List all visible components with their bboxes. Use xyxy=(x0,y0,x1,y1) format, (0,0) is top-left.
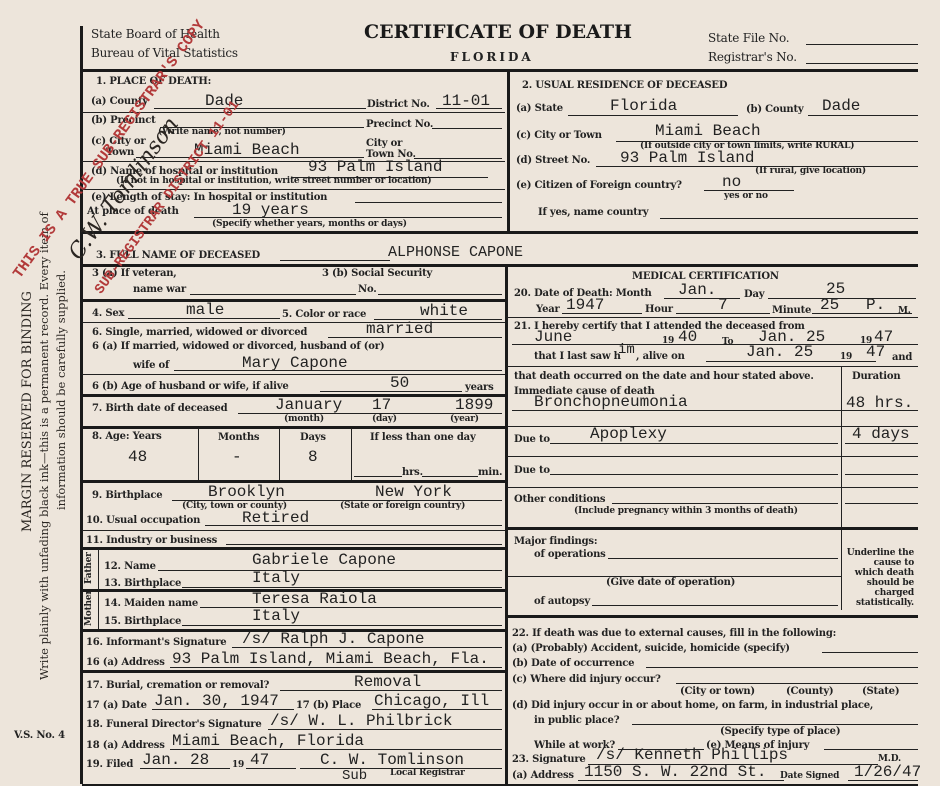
veteran-label-2: name war xyxy=(133,284,186,295)
days-label: Days xyxy=(300,432,326,443)
deceased-name: ALPHONSE CAPONE xyxy=(388,244,523,261)
spouse-age-label: 6 (b) Age of husband or wife, if alive xyxy=(92,381,289,392)
name-row-bottom xyxy=(82,264,918,267)
external-d-hint: (Specify type of place) xyxy=(720,726,840,737)
race-label: 5. Color or race xyxy=(282,309,366,320)
cell-divider xyxy=(351,428,352,480)
state-file-field[interactable] xyxy=(806,44,918,45)
birthplace-label: 9. Birthplace xyxy=(92,490,162,501)
county-hint: (County) xyxy=(786,686,833,697)
attend-to-label: To xyxy=(722,337,733,347)
certifier-signature-label: 23. Signature xyxy=(512,754,586,765)
attend-from: June xyxy=(534,328,572,346)
registrar-prefix: Sub xyxy=(342,768,367,784)
occupation-label: 10. Usual occupation xyxy=(86,515,200,526)
state-subtitle: FLORIDA xyxy=(450,50,534,64)
due-to-duration: 4 days xyxy=(852,425,910,443)
district-value: 11-01 xyxy=(442,92,490,110)
informant-address-label: 16 (a) Address xyxy=(86,657,165,668)
director-address: Miami Beach, Florida xyxy=(172,732,364,750)
stay-value: 19 years xyxy=(232,201,309,219)
res-street-hint: (If rural, give location) xyxy=(755,166,866,176)
filed-19: 19 xyxy=(232,760,244,770)
birthplace-state: New York xyxy=(375,483,452,501)
day-hint: (day) xyxy=(372,414,397,424)
form-number: V.S. No. 4 xyxy=(14,730,65,741)
cell-divider xyxy=(198,428,199,480)
filed-year-line xyxy=(246,768,296,769)
ssn-field[interactable] xyxy=(378,294,502,295)
mother-name: Teresa Raiola xyxy=(252,590,377,608)
means-field[interactable] xyxy=(824,749,918,750)
filed-year: 47 xyxy=(250,751,269,769)
hrs-label: hrs. xyxy=(402,467,423,478)
attend-from-19: 19 xyxy=(662,336,674,346)
row-divider xyxy=(82,374,505,375)
certifier-address-label: (a) Address xyxy=(512,770,574,781)
father-name: Gabriele Capone xyxy=(252,551,396,569)
res-state-line xyxy=(568,115,738,116)
ssn-label-1: 3 (b) Social Security xyxy=(322,268,432,279)
registrar-label: Local Registrar xyxy=(390,768,465,778)
spouse-label-2: wife of xyxy=(133,360,169,371)
other-duration-field[interactable] xyxy=(845,503,918,504)
stay-line-1 xyxy=(355,202,502,203)
stay-hint: (Specify whether years, months or days) xyxy=(212,219,407,229)
registrar-name: C. W. Tomlinson xyxy=(320,751,464,769)
other-conditions-field[interactable] xyxy=(612,503,838,504)
sex-label: 4. Sex xyxy=(92,308,124,319)
certifier-signature: /s/ Kenneth Phillips xyxy=(596,746,788,764)
dod-year: 1947 xyxy=(566,296,604,314)
spouse-value: Mary Capone xyxy=(242,354,348,372)
header-divider xyxy=(82,69,918,72)
dod-minute-label: Minute xyxy=(772,305,811,316)
father-name-line xyxy=(158,570,502,571)
veteran-field[interactable] xyxy=(190,294,356,295)
external-heading: 22. If death was due to external causes,… xyxy=(512,628,836,639)
other-conditions-label: Other conditions xyxy=(514,494,605,505)
director-label: 18. Funeral Director's Signature xyxy=(86,719,262,730)
res-citizen-label: (e) Citizen of Foreign country? xyxy=(516,180,682,191)
age-months-value: - xyxy=(232,448,242,466)
findings-label: Major findings: xyxy=(514,536,597,547)
father-birthplace-label: 13. Birthplace xyxy=(104,578,181,589)
due-to-value: Apoplexy xyxy=(590,425,667,443)
state-hint: (State) xyxy=(862,686,899,697)
dod-hour-label: Hour xyxy=(645,304,673,315)
birthplace-state-hint: (State or foreign country) xyxy=(340,501,465,511)
registrar-no-field[interactable] xyxy=(806,63,918,64)
operations-field[interactable] xyxy=(608,558,838,559)
mother-tag: Mother xyxy=(84,590,94,626)
burial-place-label: 17 (b) Place xyxy=(296,700,361,711)
residence-heading: 2. USUAL RESIDENCE OF DECEASED xyxy=(522,80,727,91)
year-hint: (year) xyxy=(450,414,479,424)
res-county-line xyxy=(808,115,918,116)
city-no-label-1: City or xyxy=(366,138,402,149)
immediate-duration: 48 hrs. xyxy=(846,394,913,412)
burial-date-label: 17 (a) Date xyxy=(86,700,147,711)
external-a-label: (a) (Probably) Accident, suicide, homici… xyxy=(512,643,790,654)
duration-column-divider xyxy=(841,366,842,610)
row-divider xyxy=(507,527,918,530)
autopsy-field[interactable] xyxy=(592,605,838,606)
occupation-value: Retired xyxy=(242,509,309,527)
row-divider xyxy=(507,317,918,318)
age-years-value: 48 xyxy=(128,448,147,466)
cell-divider xyxy=(279,428,280,480)
informant-address: 93 Palm Island, Miami Beach, Fla. xyxy=(172,650,489,668)
father-tag: Father xyxy=(84,552,94,584)
external-b-field[interactable] xyxy=(646,667,918,668)
birth-year: 1899 xyxy=(455,396,493,414)
operations-label: of operations xyxy=(534,549,606,560)
marital-value: married xyxy=(366,320,433,338)
row-divider xyxy=(82,670,505,673)
filed-date: Jan. 28 xyxy=(142,751,209,769)
spouse-age-unit: years xyxy=(465,382,494,393)
spouse-label-1: 6 (a) If married, widowed or divorced, h… xyxy=(92,341,384,352)
duration-label: Duration xyxy=(852,371,900,382)
burial-type-label: 17. Burial, cremation or removal? xyxy=(86,680,269,691)
hospital-hint: (If not in hospital or institution, writ… xyxy=(116,176,431,186)
race-value: white xyxy=(420,302,468,320)
industry-label: 11. Industry or business xyxy=(86,535,217,546)
last-19: 19 xyxy=(840,352,852,362)
city-hint: (City or town) xyxy=(680,686,755,697)
res-country-label: If yes, name country xyxy=(538,207,648,218)
margin-instructions-line1: Write plainly with unfading black ink—th… xyxy=(37,212,51,680)
external-a-field[interactable] xyxy=(822,652,918,653)
filed-label: 19. Filed xyxy=(86,759,133,770)
external-c-field[interactable] xyxy=(676,683,918,684)
last-saw-date: Jan. 25 xyxy=(746,343,813,361)
burial-type: Removal xyxy=(354,673,421,691)
res-county-value: Dade xyxy=(822,97,860,115)
mother-name-label: 14. Maiden name xyxy=(104,598,198,609)
director-signature: /s/ W. L. Philbrick xyxy=(270,712,452,730)
father-birthplace-line xyxy=(182,587,502,588)
sex-value: male xyxy=(186,301,224,319)
due-to2-label: Due to xyxy=(514,465,550,476)
occurred-label: that death occurred on the date and hour… xyxy=(514,371,814,382)
margin-binding-notice: MARGIN RESERVED FOR BINDING xyxy=(20,291,35,532)
res-city-label: (c) City or Town xyxy=(516,130,602,141)
hrs-field[interactable] xyxy=(354,476,402,477)
res-citizen-value: no xyxy=(722,173,741,191)
industry-field[interactable] xyxy=(226,544,502,545)
birth-month: January xyxy=(275,396,342,414)
date-signed: 1/26/47 xyxy=(854,763,921,781)
state-file-label: State File No. xyxy=(708,31,789,45)
father-birthplace: Italy xyxy=(252,569,300,587)
informant-signature: /s/ Ralph J. Capone xyxy=(242,630,424,648)
immediate-cause: Bronchopneumonia xyxy=(534,393,688,411)
spouse-age-value: 50 xyxy=(390,374,409,392)
res-county-label: (b) County xyxy=(746,104,804,115)
row-divider xyxy=(82,547,505,550)
due-to2-duration-field[interactable] xyxy=(845,474,918,475)
last-saw-label: that I last saw h xyxy=(534,351,621,362)
last-saw-him: im xyxy=(618,342,635,358)
margin-instructions-line2: information should be carefully supplied… xyxy=(54,270,68,510)
external-b-label: (b) Date of occurrence xyxy=(512,658,634,669)
birth-label: 7. Birth date of deceased xyxy=(92,403,227,414)
row-divider xyxy=(82,426,505,429)
operation-hint: (Give date of operation) xyxy=(606,577,735,588)
burial-place: Chicago, Ill xyxy=(374,692,489,710)
row-divider xyxy=(507,487,918,488)
res-city-value: Miami Beach xyxy=(655,122,761,140)
informant-label: 16. Informant's Signature xyxy=(86,637,226,648)
res-street-label: (d) Street No. xyxy=(516,155,590,166)
dod-ampm: P. xyxy=(866,296,885,314)
registrar-no-label: Registrar's No. xyxy=(708,50,797,64)
age-years-label: 8. Age: Years xyxy=(92,431,162,442)
res-state-label: (a) State xyxy=(516,103,563,114)
and-label: and xyxy=(892,352,912,363)
due-to-label: Due to xyxy=(514,434,550,445)
director-address-label: 18 (a) Address xyxy=(86,740,165,751)
res-state-value: Florida xyxy=(610,97,677,115)
section-1-bottom xyxy=(82,231,918,234)
mother-birthplace: Italy xyxy=(252,607,300,625)
date-signed-label: Date Signed xyxy=(780,771,839,781)
mother-birthplace-label: 15. Birthplace xyxy=(104,616,181,627)
autopsy-label: of autopsy xyxy=(534,596,590,607)
father-name-label: 12. Name xyxy=(104,561,156,572)
alive-label: , alive on xyxy=(636,351,685,362)
marital-label: 6. Single, married, widowed or divorced xyxy=(92,327,307,338)
less-day-label: If less than one day xyxy=(370,432,476,443)
dod-day-label: Day xyxy=(744,289,764,300)
res-country-field[interactable] xyxy=(660,218,918,219)
min-label: min. xyxy=(478,467,502,478)
row-divider xyxy=(507,456,918,457)
other-conditions-hint: (Include pregnancy within 3 months of de… xyxy=(574,506,798,516)
district-label: District No. xyxy=(367,99,430,110)
row-divider xyxy=(507,615,918,618)
external-c-label: (c) Where did injury occur? xyxy=(512,674,661,685)
last-year: 47 xyxy=(866,343,885,361)
underline-note: Underline the cause to which death shoul… xyxy=(846,548,914,608)
age-days-value: 8 xyxy=(308,448,318,466)
external-d-label-2: in public place? xyxy=(534,715,619,726)
row-divider xyxy=(82,322,505,323)
dod-minute: 25 xyxy=(820,296,839,314)
ssn-label-2: No. xyxy=(358,284,377,295)
external-d-label-1: (d) Did injury occur in or about home, o… xyxy=(512,700,873,711)
dod-month: Jan. xyxy=(678,281,716,299)
section-divider-middle xyxy=(505,266,508,784)
precinct-no-field[interactable] xyxy=(432,128,502,129)
dod-year-label: Year xyxy=(536,304,560,315)
attend-line xyxy=(512,344,918,345)
res-citizen-hint: yes or no xyxy=(724,191,768,201)
birthplace-city: Brooklyn xyxy=(208,483,285,501)
name-line xyxy=(280,260,390,261)
page-title: CERTIFICATE OF DEATH xyxy=(364,21,632,43)
hospital-value: 93 Palm Island xyxy=(308,158,442,176)
dod-day-line xyxy=(768,298,916,299)
dod-hour: 7 xyxy=(718,296,728,314)
due-to2-field[interactable] xyxy=(550,474,838,475)
res-street-value: 93 Palm Island xyxy=(620,149,754,167)
min-field[interactable] xyxy=(422,476,478,477)
row-divider xyxy=(507,366,918,367)
row-divider xyxy=(82,189,505,190)
row-divider xyxy=(82,530,505,531)
dod-m-label: M. xyxy=(898,306,911,316)
month-hint: (month) xyxy=(284,414,324,424)
due-to-line xyxy=(550,443,838,444)
mother-birthplace-line xyxy=(182,625,502,626)
birth-day: 17 xyxy=(372,396,391,414)
attend-from-year: 40 xyxy=(678,328,697,346)
external-d-field[interactable] xyxy=(632,724,918,725)
months-label: Months xyxy=(218,432,259,443)
burial-date: Jan. 30, 1947 xyxy=(154,692,279,710)
precinct-no-label: Precinct No. xyxy=(366,119,433,130)
county-line xyxy=(154,108,366,109)
due-to-duration-line xyxy=(845,443,918,444)
certifier-address: 1150 S. W. 22nd St. xyxy=(584,763,766,781)
section-divider-top xyxy=(507,71,510,231)
